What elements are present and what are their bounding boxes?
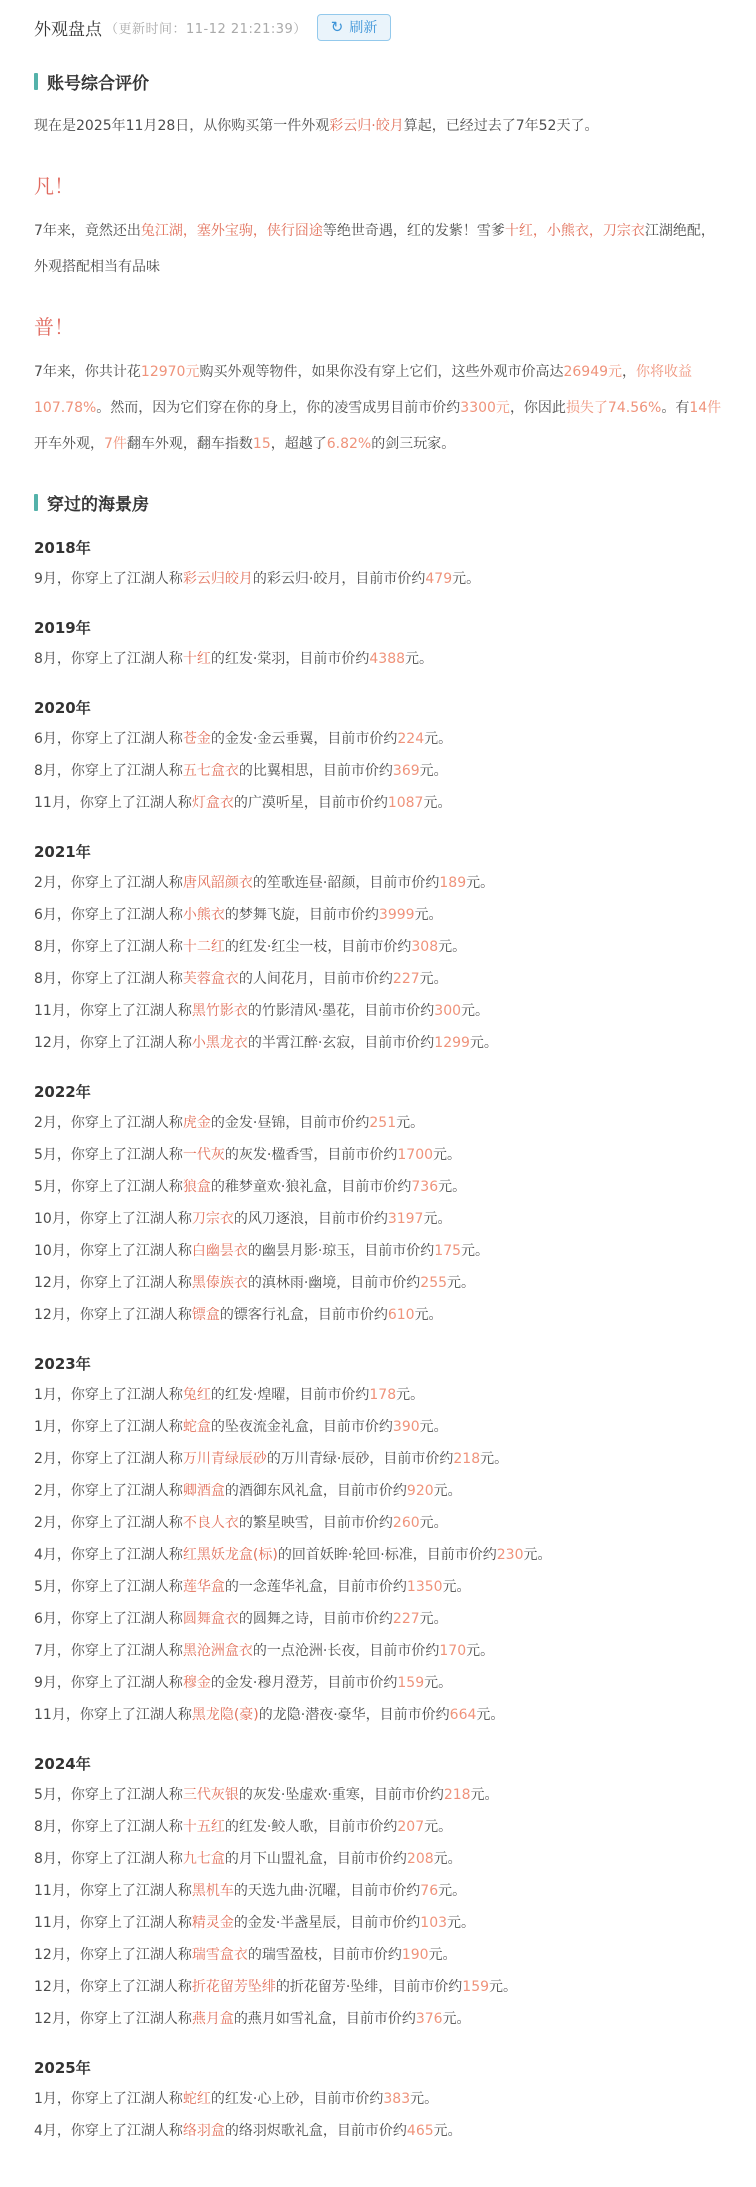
text-segment: 的繁星映雪，目前市价约 bbox=[239, 1515, 393, 1531]
section-title-history: 穿过的海景房 bbox=[34, 490, 722, 515]
price-highlight: 208 bbox=[407, 1851, 434, 1867]
text-segment: 的金发·昼锦，目前市价约 bbox=[211, 1115, 369, 1131]
text-segment: 元。 bbox=[410, 2091, 438, 2107]
history-item: 8月，你穿上了江湖人称十二红的红发·红尘一枝，目前市价约308元。 bbox=[34, 931, 722, 963]
text-segment: 的稚梦童欢·狼礼盒，目前市价约 bbox=[211, 1179, 411, 1195]
text-segment: 的幽昙月影·琼玉，目前市价约 bbox=[248, 1243, 434, 1259]
history-item: 5月，你穿上了江湖人称一代灰的灰发·楹香雪，目前市价约1700元。 bbox=[34, 1139, 722, 1171]
price-highlight: 300 bbox=[434, 1003, 461, 1019]
text-segment: 9月，你穿上了江湖人称 bbox=[34, 571, 183, 587]
history-item: 12月，你穿上了江湖人称燕月盒的燕月如雪礼盒，目前市价约376元。 bbox=[34, 2003, 722, 2035]
text-segment: 12月，你穿上了江湖人称 bbox=[34, 1035, 192, 1051]
nickname-highlight: 一代灰 bbox=[183, 1147, 225, 1163]
history-item: 1月，你穿上了江湖人称蛇盒的坠夜流金礼盒，目前市价约390元。 bbox=[34, 1411, 722, 1443]
text-segment: 的坠夜流金礼盒，目前市价约 bbox=[211, 1419, 393, 1435]
text-segment: 5月，你穿上了江湖人称 bbox=[34, 1579, 183, 1595]
price-highlight: 479 bbox=[425, 571, 452, 587]
price-highlight: 159 bbox=[462, 1979, 489, 1995]
text-segment: 12月，你穿上了江湖人称 bbox=[34, 1307, 192, 1323]
text-segment: 元。 bbox=[396, 1387, 424, 1403]
text-segment: 的金发·半盏星辰，目前市价约 bbox=[234, 1915, 420, 1931]
text-segment: 的一念莲华礼盒，目前市价约 bbox=[225, 1579, 407, 1595]
section-accent-bar bbox=[34, 494, 38, 511]
history-item: 8月，你穿上了江湖人称十红的红发·棠羽，目前市价约4388元。 bbox=[34, 643, 722, 675]
text-segment: 1月，你穿上了江湖人称 bbox=[34, 1419, 183, 1435]
text-segment: 元。 bbox=[420, 1611, 448, 1627]
nickname-highlight: 燕月盒 bbox=[192, 2011, 234, 2027]
number-highlight: 6.82% bbox=[327, 436, 371, 452]
text-segment: 2月，你穿上了江湖人称 bbox=[34, 1515, 183, 1531]
year-heading: 2023年 bbox=[34, 1355, 722, 1373]
history-item: 12月，你穿上了江湖人称瑞雪盒衣的瑞雪盈枝，目前市价约190元。 bbox=[34, 1939, 722, 1971]
text-segment: 元。 bbox=[420, 1515, 448, 1531]
number-highlight: 14件 bbox=[689, 400, 721, 416]
text-segment: 6月，你穿上了江湖人称 bbox=[34, 907, 183, 923]
text-segment: 。然而，因为它们穿在你的身上，你的凌雪成男目前市价约 bbox=[96, 400, 460, 416]
nickname-highlight: 彩云归皎月 bbox=[183, 571, 253, 587]
nickname-highlight: 红黑妖龙盒(标) bbox=[183, 1547, 278, 1563]
year-heading: 2024年 bbox=[34, 1755, 722, 1773]
text-segment: 的月下山盟礼盒，目前市价约 bbox=[225, 1851, 407, 1867]
text-segment: 7年来，你共计花 bbox=[34, 364, 141, 380]
history-item: 2月，你穿上了江湖人称不良人衣的繁星映雪，目前市价约260元。 bbox=[34, 1507, 722, 1539]
nickname-highlight: 万川青绿辰砂 bbox=[183, 1451, 267, 1467]
text-segment: 的络羽烬歌礼盒，目前市价约 bbox=[225, 2123, 407, 2139]
price-highlight: 224 bbox=[397, 731, 424, 747]
text-segment: 元。 bbox=[420, 971, 448, 987]
text-segment: 5月，你穿上了江湖人称 bbox=[34, 1179, 183, 1195]
text-segment: 11月，你穿上了江湖人称 bbox=[34, 1003, 192, 1019]
price-highlight: 178 bbox=[369, 1387, 396, 1403]
nickname-highlight: 莲华盒 bbox=[183, 1579, 225, 1595]
text-segment: ，超越了 bbox=[271, 436, 327, 452]
text-segment: 元。 bbox=[443, 2011, 471, 2027]
text-segment: 的滇林雨·幽境，目前市价约 bbox=[248, 1275, 420, 1291]
history-item: 6月，你穿上了江湖人称苍金的金发·金云垂翼，目前市价约224元。 bbox=[34, 723, 722, 755]
text-segment: 的金发·金云垂翼，目前市价约 bbox=[211, 731, 397, 747]
price-highlight: 1087 bbox=[388, 795, 424, 811]
text-segment: 元。 bbox=[466, 875, 494, 891]
text-segment: ，你因此 bbox=[510, 400, 566, 416]
nickname-highlight: 白幽昙衣 bbox=[192, 1243, 248, 1259]
nickname-highlight: 三代灰银 bbox=[183, 1787, 239, 1803]
history-item: 8月，你穿上了江湖人称十五红的红发·鲛人歌，目前市价约207元。 bbox=[34, 1811, 722, 1843]
nickname-highlight: 小黑龙衣 bbox=[192, 1035, 248, 1051]
nickname-highlight: 芙蓉盒衣 bbox=[183, 971, 239, 987]
year-heading: 2018年 bbox=[34, 539, 722, 557]
year-heading: 2019年 bbox=[34, 619, 722, 637]
grade-paragraph-1: 7年来，竟然还出兔江湖，塞外宝驹，侠行囧途等绝世奇遇，红的发紫！雪爹十红，小熊衣… bbox=[34, 213, 722, 285]
price-highlight: 1299 bbox=[434, 1035, 470, 1051]
text-segment: 元。 bbox=[438, 1179, 466, 1195]
year-heading: 2020年 bbox=[34, 699, 722, 717]
text-segment: 元。 bbox=[466, 1643, 494, 1659]
text-segment: 的广漠听星，目前市价约 bbox=[234, 795, 388, 811]
history-item: 8月，你穿上了江湖人称五七盒衣的比翼相思，目前市价约369元。 bbox=[34, 755, 722, 787]
text-segment: 12月，你穿上了江湖人称 bbox=[34, 2011, 192, 2027]
price-highlight: 369 bbox=[393, 763, 420, 779]
appearance-report-page: 外观盘点 （更新时间：11-12 21:21:39） ↻ 刷新 账号综合评价 现… bbox=[0, 0, 756, 2187]
nickname-highlight: 刀宗衣 bbox=[192, 1211, 234, 1227]
section-accent-bar bbox=[34, 73, 38, 90]
text-segment: 元。 bbox=[420, 1419, 448, 1435]
nickname-highlight: 蛇盒 bbox=[183, 1419, 211, 1435]
section-title-summary-label: 账号综合评价 bbox=[47, 69, 149, 94]
text-segment: 元。 bbox=[489, 1979, 517, 1995]
nickname-highlight: 彩云归·皎月 bbox=[329, 118, 403, 134]
nickname-highlight: 十五红 bbox=[183, 1819, 225, 1835]
text-segment: 8月，你穿上了江湖人称 bbox=[34, 939, 183, 955]
nickname-highlight: 折花留芳坠绯 bbox=[192, 1979, 276, 1995]
history-item: 6月，你穿上了江湖人称小熊衣的梦舞飞旋，目前市价约3999元。 bbox=[34, 899, 722, 931]
number-highlight: 7件 bbox=[104, 436, 127, 452]
text-segment: 11月，你穿上了江湖人称 bbox=[34, 1883, 192, 1899]
price-highlight: 390 bbox=[393, 1419, 420, 1435]
nickname-highlight: 不良人衣 bbox=[183, 1515, 239, 1531]
price-highlight: 103 bbox=[420, 1915, 447, 1931]
nickname-highlight: 黑机车 bbox=[192, 1883, 234, 1899]
text-segment: 元。 bbox=[434, 1483, 462, 1499]
price-highlight: 4388 bbox=[369, 651, 405, 667]
text-segment: 的天选九曲·沉曜，目前市价约 bbox=[234, 1883, 420, 1899]
nickname-highlight: 十二红 bbox=[183, 939, 225, 955]
text-segment: 的红发·心上砂，目前市价约 bbox=[211, 2091, 383, 2107]
text-segment: 的镖客行礼盒，目前市价约 bbox=[220, 1307, 388, 1323]
price-highlight: 1350 bbox=[407, 1579, 443, 1595]
history-item: 4月，你穿上了江湖人称络羽盒的络羽烬歌礼盒，目前市价约465元。 bbox=[34, 2115, 722, 2147]
nickname-highlight: 兔江湖，塞外宝驹，侠行囧途 bbox=[141, 223, 323, 239]
history-item: 6月，你穿上了江湖人称圆舞盒衣的圆舞之诗，目前市价约227元。 bbox=[34, 1603, 722, 1635]
nickname-highlight: 小熊衣 bbox=[183, 907, 225, 923]
text-segment: 11月，你穿上了江湖人称 bbox=[34, 795, 192, 811]
text-segment: 7年来，竟然还出 bbox=[34, 223, 141, 239]
grade-paragraph-2: 7年来，你共计花12970元购买外观等物件，如果你没有穿上它们，这些外观市价高达… bbox=[34, 354, 722, 462]
text-segment: 开车外观， bbox=[34, 436, 104, 452]
price-highlight: 383 bbox=[383, 2091, 410, 2107]
page-title: 外观盘点 bbox=[34, 15, 102, 40]
text-segment: 8月，你穿上了江湖人称 bbox=[34, 651, 183, 667]
nickname-highlight: 络羽盒 bbox=[183, 2123, 225, 2139]
text-segment: 的彩云归·皎月，目前市价约 bbox=[253, 571, 425, 587]
history-item: 8月，你穿上了江湖人称九七盒的月下山盟礼盒，目前市价约208元。 bbox=[34, 1843, 722, 1875]
history-item: 11月，你穿上了江湖人称黑竹影衣的竹影清风·墨花，目前市价约300元。 bbox=[34, 995, 722, 1027]
text-segment: 的红发·棠羽，目前市价约 bbox=[211, 651, 369, 667]
number-highlight: 损失了74.56% bbox=[566, 400, 661, 416]
text-segment: 4月，你穿上了江湖人称 bbox=[34, 2123, 183, 2139]
text-segment: 的笙歌连昼·韶颜，目前市价约 bbox=[253, 875, 439, 891]
price-highlight: 218 bbox=[444, 1787, 471, 1803]
text-segment: 2月，你穿上了江湖人称 bbox=[34, 1451, 183, 1467]
text-segment: 元。 bbox=[424, 1819, 452, 1835]
history-item: 5月，你穿上了江湖人称莲华盒的一念莲华礼盒，目前市价约1350元。 bbox=[34, 1571, 722, 1603]
text-segment: 元。 bbox=[424, 1675, 452, 1691]
history-item: 11月，你穿上了江湖人称灯盒衣的广漠听星，目前市价约1087元。 bbox=[34, 787, 722, 819]
text-segment: 的龙隐·潜夜·豪华，目前市价约 bbox=[259, 1707, 450, 1723]
text-segment: 2月，你穿上了江湖人称 bbox=[34, 875, 183, 891]
history-item: 11月，你穿上了江湖人称黑龙隐(豪)的龙隐·潜夜·豪华，目前市价约664元。 bbox=[34, 1699, 722, 1731]
text-segment: 10月，你穿上了江湖人称 bbox=[34, 1243, 192, 1259]
history-item: 10月，你穿上了江湖人称刀宗衣的风刀逐浪，目前市价约3197元。 bbox=[34, 1203, 722, 1235]
price-highlight: 376 bbox=[416, 2011, 443, 2027]
history-item: 1月，你穿上了江湖人称蛇红的红发·心上砂，目前市价约383元。 bbox=[34, 2083, 722, 2115]
text-segment: 的红发·煌曜，目前市价约 bbox=[211, 1387, 369, 1403]
text-segment: 元。 bbox=[461, 1243, 489, 1259]
text-segment: 12月，你穿上了江湖人称 bbox=[34, 1979, 192, 1995]
text-segment: 元。 bbox=[423, 795, 451, 811]
grade-heading-2: 普！ bbox=[34, 311, 722, 340]
text-segment: 元。 bbox=[434, 1851, 462, 1867]
history-item: 4月，你穿上了江湖人称红黑妖龙盒(标)的回首妖眸·轮回·标准，目前市价约230元… bbox=[34, 1539, 722, 1571]
refresh-label: 刷新 bbox=[349, 21, 377, 35]
text-segment: 元。 bbox=[396, 1115, 424, 1131]
text-segment: 元。 bbox=[471, 1787, 499, 1803]
text-segment: 的燕月如雪礼盒，目前市价约 bbox=[234, 2011, 416, 2027]
text-segment: 元。 bbox=[447, 1915, 475, 1931]
text-segment: 元。 bbox=[434, 2123, 462, 2139]
text-segment: 5月，你穿上了江湖人称 bbox=[34, 1787, 183, 1803]
text-segment: 11月，你穿上了江湖人称 bbox=[34, 1915, 192, 1931]
text-segment: 8月，你穿上了江湖人称 bbox=[34, 763, 183, 779]
nickname-highlight: 灯盒衣 bbox=[192, 795, 234, 811]
history-item: 12月，你穿上了江湖人称小黑龙衣的半霄江醉·玄寂，目前市价约1299元。 bbox=[34, 1027, 722, 1059]
text-segment: 6月，你穿上了江湖人称 bbox=[34, 731, 183, 747]
topbar: 外观盘点 （更新时间：11-12 21:21:39） ↻ 刷新 bbox=[34, 14, 722, 41]
history-item: 2月，你穿上了江湖人称唐风韶颜衣的笙歌连昼·韶颜，目前市价约189元。 bbox=[34, 867, 722, 899]
text-segment: 翻车外观，翻车指数 bbox=[127, 436, 253, 452]
nickname-highlight: 镖盒 bbox=[192, 1307, 220, 1323]
price-highlight: 920 bbox=[407, 1483, 434, 1499]
text-segment: 8月，你穿上了江湖人称 bbox=[34, 1851, 183, 1867]
update-time: （更新时间：11-12 21:21:39） bbox=[105, 18, 307, 37]
text-segment: 元。 bbox=[480, 1451, 508, 1467]
nickname-highlight: 蛇红 bbox=[183, 2091, 211, 2107]
text-segment: 的竹影清风·墨花，目前市价约 bbox=[248, 1003, 434, 1019]
text-segment: 的圆舞之诗，目前市价约 bbox=[239, 1611, 393, 1627]
text-segment: 的半霄江醉·玄寂，目前市价约 bbox=[248, 1035, 434, 1051]
text-segment: 的灰发·楹香雪，目前市价约 bbox=[225, 1147, 397, 1163]
text-segment: 元。 bbox=[424, 731, 452, 747]
text-segment: 元。 bbox=[405, 651, 433, 667]
price-highlight: 1700 bbox=[397, 1147, 433, 1163]
history-item: 11月，你穿上了江湖人称黑机车的天选九曲·沉曜，目前市价约76元。 bbox=[34, 1875, 722, 1907]
text-segment: 元。 bbox=[443, 1579, 471, 1595]
text-segment: 等绝世奇遇，红的发紫！雪爹 bbox=[323, 223, 505, 239]
nickname-highlight: 五七盒衣 bbox=[183, 763, 239, 779]
year-heading: 2021年 bbox=[34, 843, 722, 861]
history-item: 2月，你穿上了江湖人称万川青绿辰砂的万川青绿·辰砂，目前市价约218元。 bbox=[34, 1443, 722, 1475]
text-segment: 元。 bbox=[429, 1947, 457, 1963]
price-highlight: 189 bbox=[439, 875, 466, 891]
nickname-highlight: 黑龙隐(豪) bbox=[192, 1707, 259, 1723]
nickname-highlight: 苍金 bbox=[183, 731, 211, 747]
text-segment: ， bbox=[622, 364, 636, 380]
text-segment: 5月，你穿上了江湖人称 bbox=[34, 1147, 183, 1163]
nickname-highlight: 九七盒 bbox=[183, 1851, 225, 1867]
text-segment: 元。 bbox=[415, 1307, 443, 1323]
nickname-highlight: 狼盒 bbox=[183, 1179, 211, 1195]
text-segment: 的万川青绿·辰砂，目前市价约 bbox=[267, 1451, 453, 1467]
text-segment: 元。 bbox=[420, 763, 448, 779]
number-highlight: 26949元 bbox=[563, 364, 622, 380]
nickname-highlight: 精灵金 bbox=[192, 1915, 234, 1931]
nickname-highlight: 圆舞盒衣 bbox=[183, 1611, 239, 1627]
text-segment: 2月，你穿上了江湖人称 bbox=[34, 1115, 183, 1131]
text-segment: 元。 bbox=[438, 1883, 466, 1899]
text-segment: 。有 bbox=[661, 400, 689, 416]
text-segment: 购买外观等物件，如果你没有穿上它们，这些外观市价高达 bbox=[199, 364, 563, 380]
text-segment: 的金发·穆月澄芳，目前市价约 bbox=[211, 1675, 397, 1691]
history-item: 5月，你穿上了江湖人称狼盒的稚梦童欢·狼礼盒，目前市价约736元。 bbox=[34, 1171, 722, 1203]
price-highlight: 260 bbox=[393, 1515, 420, 1531]
text-segment: 元。 bbox=[476, 1707, 504, 1723]
section-title-summary: 账号综合评价 bbox=[34, 69, 722, 94]
text-segment: 10月，你穿上了江湖人称 bbox=[34, 1211, 192, 1227]
price-highlight: 159 bbox=[397, 1675, 424, 1691]
price-highlight: 251 bbox=[369, 1115, 396, 1131]
text-segment: 8月，你穿上了江湖人称 bbox=[34, 1819, 183, 1835]
nickname-highlight: 兔红 bbox=[183, 1387, 211, 1403]
text-segment: 的灰发·坠虚欢·重寒，目前市价约 bbox=[239, 1787, 444, 1803]
text-segment: 元。 bbox=[461, 1003, 489, 1019]
price-highlight: 227 bbox=[393, 971, 420, 987]
history-item: 12月，你穿上了江湖人称折花留芳坠绯的折花留芳·坠绯，目前市价约159元。 bbox=[34, 1971, 722, 2003]
refresh-button[interactable]: ↻ 刷新 bbox=[317, 14, 392, 41]
text-segment: 算起，已经过去了7年52天了。 bbox=[404, 118, 599, 134]
text-segment: 的红发·红尘一枝，目前市价约 bbox=[225, 939, 411, 955]
text-segment: 4月，你穿上了江湖人称 bbox=[34, 1547, 183, 1563]
history-item: 9月，你穿上了江湖人称彩云归皎月的彩云归·皎月，目前市价约479元。 bbox=[34, 563, 722, 595]
text-segment: 元。 bbox=[433, 1147, 461, 1163]
text-segment: 元。 bbox=[438, 939, 466, 955]
price-highlight: 170 bbox=[439, 1643, 466, 1659]
price-highlight: 175 bbox=[434, 1243, 461, 1259]
nickname-highlight: 十红，小熊衣，刀宗衣 bbox=[505, 223, 645, 239]
price-highlight: 230 bbox=[497, 1547, 524, 1563]
text-segment: 8月，你穿上了江湖人称 bbox=[34, 971, 183, 987]
history-item: 2月，你穿上了江湖人称虎金的金发·昼锦，目前市价约251元。 bbox=[34, 1107, 722, 1139]
price-highlight: 207 bbox=[397, 1819, 424, 1835]
number-highlight: 12970元 bbox=[141, 364, 200, 380]
text-segment: 的一点沧洲·长夜，目前市价约 bbox=[253, 1643, 439, 1659]
price-highlight: 190 bbox=[402, 1947, 429, 1963]
text-segment: 的风刀逐浪，目前市价约 bbox=[234, 1211, 388, 1227]
price-highlight: 664 bbox=[450, 1707, 477, 1723]
text-segment: 的回首妖眸·轮回·标准，目前市价约 bbox=[278, 1547, 497, 1563]
price-highlight: 255 bbox=[420, 1275, 447, 1291]
number-highlight: 3300元 bbox=[460, 400, 510, 416]
text-segment: 现在是2025年11月28日，从你购买第一件外观 bbox=[34, 118, 329, 134]
text-segment: 7月，你穿上了江湖人称 bbox=[34, 1643, 183, 1659]
price-highlight: 3999 bbox=[379, 907, 415, 923]
text-segment: 元。 bbox=[423, 1211, 451, 1227]
year-heading: 2022年 bbox=[34, 1083, 722, 1101]
nickname-highlight: 穆金 bbox=[183, 1675, 211, 1691]
price-highlight: 465 bbox=[407, 2123, 434, 2139]
nickname-highlight: 瑞雪盒衣 bbox=[192, 1947, 248, 1963]
text-segment: 6月，你穿上了江湖人称 bbox=[34, 1611, 183, 1627]
text-segment: 11月，你穿上了江湖人称 bbox=[34, 1707, 192, 1723]
history-item: 12月，你穿上了江湖人称黑傣族衣的滇林雨·幽境，目前市价约255元。 bbox=[34, 1267, 722, 1299]
nickname-highlight: 唐风韶颜衣 bbox=[183, 875, 253, 891]
text-segment: 12月，你穿上了江湖人称 bbox=[34, 1275, 192, 1291]
text-segment: 1月，你穿上了江湖人称 bbox=[34, 1387, 183, 1403]
nickname-highlight: 十红 bbox=[183, 651, 211, 667]
summary-intro: 现在是2025年11月28日，从你购买第一件外观彩云归·皎月算起，已经过去了7年… bbox=[34, 108, 722, 144]
refresh-icon: ↻ bbox=[331, 20, 344, 35]
price-highlight: 76 bbox=[420, 1883, 438, 1899]
nickname-highlight: 黑沧洲盒衣 bbox=[183, 1643, 253, 1659]
price-highlight: 308 bbox=[411, 939, 438, 955]
price-highlight: 736 bbox=[411, 1179, 438, 1195]
text-segment: 1月，你穿上了江湖人称 bbox=[34, 2091, 183, 2107]
number-highlight: 15 bbox=[253, 436, 271, 452]
history-item: 10月，你穿上了江湖人称白幽昙衣的幽昙月影·琼玉，目前市价约175元。 bbox=[34, 1235, 722, 1267]
section-title-history-label: 穿过的海景房 bbox=[47, 490, 149, 515]
text-segment: 的红发·鲛人歌，目前市价约 bbox=[225, 1819, 397, 1835]
text-segment: 12月，你穿上了江湖人称 bbox=[34, 1947, 192, 1963]
nickname-highlight: 黑竹影衣 bbox=[192, 1003, 248, 1019]
history-item: 7月，你穿上了江湖人称黑沧洲盒衣的一点沧洲·长夜，目前市价约170元。 bbox=[34, 1635, 722, 1667]
text-segment: 的酒御东风礼盒，目前市价约 bbox=[225, 1483, 407, 1499]
grade-heading-1: 凡！ bbox=[34, 170, 722, 199]
text-segment: 的人间花月，目前市价约 bbox=[239, 971, 393, 987]
history-item: 9月，你穿上了江湖人称穆金的金发·穆月澄芳，目前市价约159元。 bbox=[34, 1667, 722, 1699]
price-highlight: 610 bbox=[388, 1307, 415, 1323]
price-highlight: 227 bbox=[393, 1611, 420, 1627]
text-segment: 元。 bbox=[415, 907, 443, 923]
history-item: 12月，你穿上了江湖人称镖盒的镖客行礼盒，目前市价约610元。 bbox=[34, 1299, 722, 1331]
year-heading: 2025年 bbox=[34, 2059, 722, 2077]
nickname-highlight: 卿酒盒 bbox=[183, 1483, 225, 1499]
nickname-highlight: 虎金 bbox=[183, 1115, 211, 1131]
text-segment: 元。 bbox=[470, 1035, 498, 1051]
text-segment: 元。 bbox=[524, 1547, 552, 1563]
text-segment: 的比翼相思，目前市价约 bbox=[239, 763, 393, 779]
text-segment: 的折花留芳·坠绯，目前市价约 bbox=[276, 1979, 462, 1995]
text-segment: 元。 bbox=[447, 1275, 475, 1291]
history-item: 5月，你穿上了江湖人称三代灰银的灰发·坠虚欢·重寒，目前市价约218元。 bbox=[34, 1779, 722, 1811]
history-item: 1月，你穿上了江湖人称兔红的红发·煌曜，目前市价约178元。 bbox=[34, 1379, 722, 1411]
history-item: 2月，你穿上了江湖人称卿酒盒的酒御东风礼盒，目前市价约920元。 bbox=[34, 1475, 722, 1507]
text-segment: 的剑三玩家。 bbox=[371, 436, 455, 452]
text-segment: 2月，你穿上了江湖人称 bbox=[34, 1483, 183, 1499]
price-highlight: 218 bbox=[453, 1451, 480, 1467]
text-segment: 9月，你穿上了江湖人称 bbox=[34, 1675, 183, 1691]
text-segment: 的梦舞飞旋，目前市价约 bbox=[225, 907, 379, 923]
history-item: 8月，你穿上了江湖人称芙蓉盒衣的人间花月，目前市价约227元。 bbox=[34, 963, 722, 995]
text-segment: 元。 bbox=[452, 571, 480, 587]
nickname-highlight: 黑傣族衣 bbox=[192, 1275, 248, 1291]
price-highlight: 3197 bbox=[388, 1211, 424, 1227]
history-list: 2018年9月，你穿上了江湖人称彩云归皎月的彩云归·皎月，目前市价约479元。2… bbox=[34, 539, 722, 2147]
text-segment: 的瑞雪盈枝，目前市价约 bbox=[248, 1947, 402, 1963]
